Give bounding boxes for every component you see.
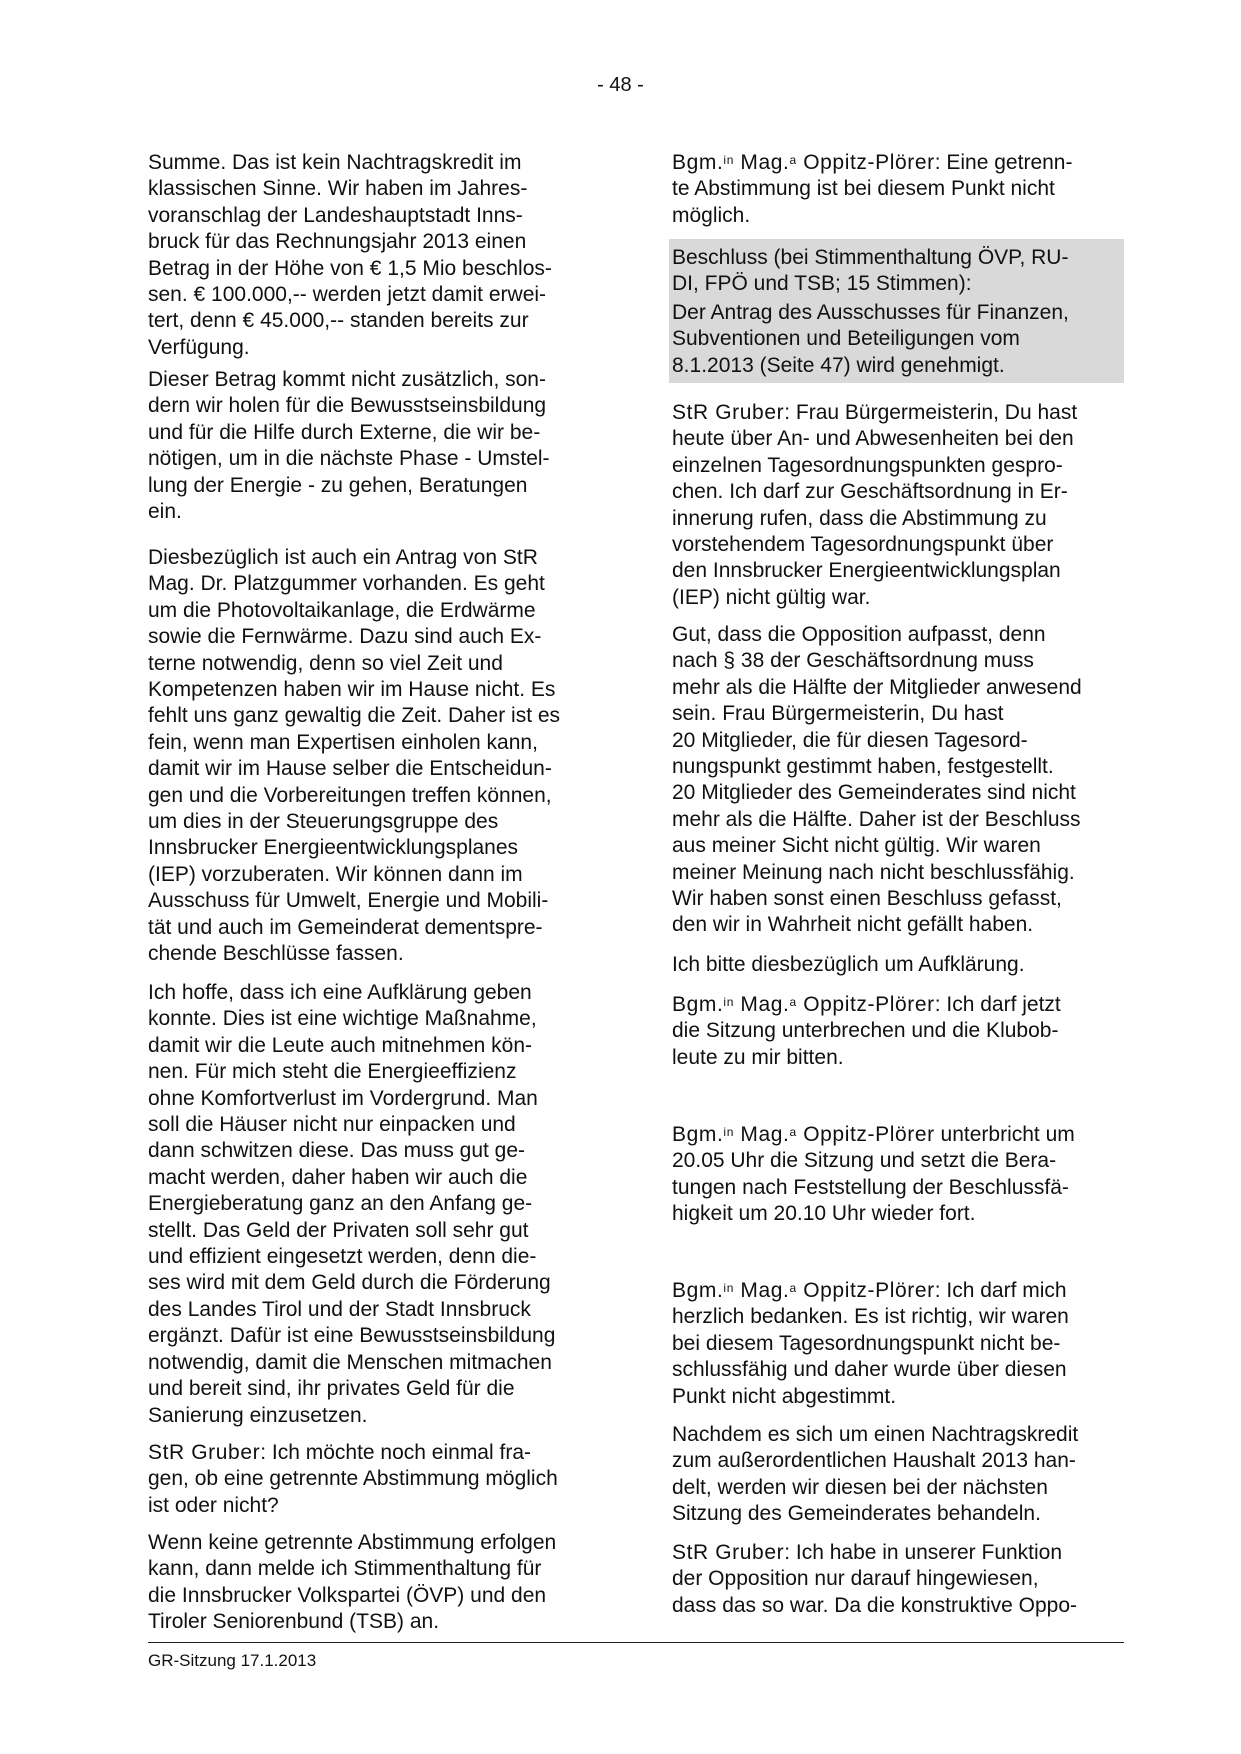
paragraph: Gut, dass die Opposition aufpasst, denn … — [672, 622, 1082, 939]
resolution-paragraph: Beschluss (bei Stimmenthaltung ÖVP, RU- … — [672, 245, 1068, 298]
superscript: in — [723, 1125, 734, 1139]
paragraph: Bgm.in Mag.a Oppitz-Plörer: Ich darf mic… — [672, 1278, 1069, 1410]
superscript: a — [790, 153, 797, 167]
superscript: in — [723, 1281, 734, 1295]
paragraph: StR Gruber: Ich möchte noch einmal fra- … — [148, 1440, 558, 1519]
footer-text: GR-Sitzung 17.1.2013 — [148, 1650, 316, 1672]
paragraph: Dieser Betrag kommt nicht zusätzlich, so… — [148, 367, 550, 525]
page-number: - 48 - — [0, 72, 1241, 98]
superscript: a — [790, 1125, 797, 1139]
paragraph: Bgm.in Mag.a Oppitz-Plörer: Eine getrenn… — [672, 150, 1072, 229]
speaker-name: Bgm.in Mag.a Oppitz-Plörer — [672, 151, 935, 174]
paragraph: Diesbezüglich ist auch ein Antrag von St… — [148, 545, 560, 968]
paragraph: Ich bitte diesbezüglich um Aufklärung. — [672, 952, 1025, 978]
paragraph: Bgm.in Mag.a Oppitz-Plörer: Ich darf jet… — [672, 992, 1061, 1071]
paragraph: Ich hoffe, dass ich eine Aufklärung gebe… — [148, 980, 555, 1429]
paragraph: StR Gruber: Frau Bürgermeisterin, Du has… — [672, 400, 1077, 611]
speaker-name: StR Gruber — [148, 1441, 260, 1464]
paragraph: Summe. Das ist kein Nachtragskredit im k… — [148, 150, 552, 361]
paragraph: Wenn keine getrennte Abstimmung erfolgen… — [148, 1530, 556, 1636]
superscript: in — [723, 153, 734, 167]
paragraph: Bgm.in Mag.a Oppitz-Plörer unterbricht u… — [672, 1122, 1075, 1228]
speaker-name: StR Gruber — [672, 1541, 784, 1564]
footer-rule — [148, 1642, 1124, 1643]
speaker-name: Bgm.in Mag.a Oppitz-Plörer — [672, 1123, 935, 1146]
resolution-paragraph: Der Antrag des Ausschusses für Finanzen,… — [672, 300, 1069, 379]
superscript: a — [790, 1281, 797, 1295]
speaker-name: Bgm.in Mag.a Oppitz-Plörer — [672, 993, 935, 1016]
paragraph: StR Gruber: Ich habe in unserer Funktion… — [672, 1540, 1077, 1619]
speaker-name: Bgm.in Mag.a Oppitz-Plörer — [672, 1279, 935, 1302]
superscript: a — [790, 995, 797, 1009]
paragraph: Nachdem es sich um einen Nachtragskredit… — [672, 1422, 1078, 1528]
superscript: in — [723, 995, 734, 1009]
speaker-name: StR Gruber — [672, 401, 784, 424]
